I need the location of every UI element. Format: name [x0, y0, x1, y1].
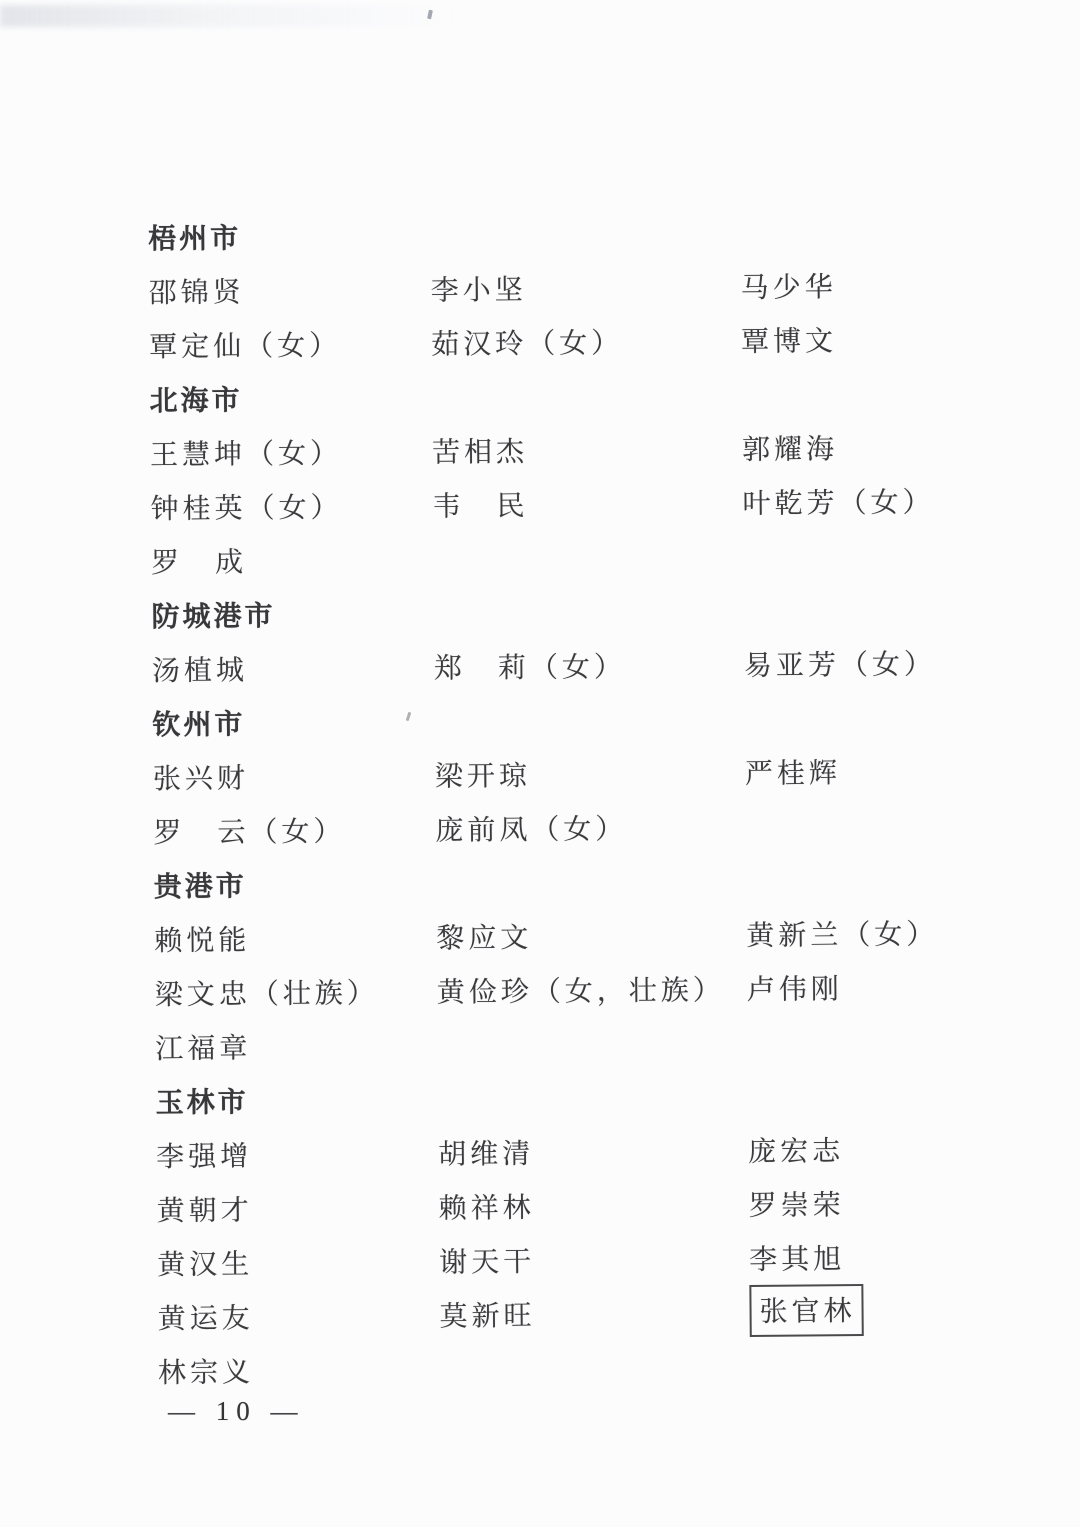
name-row: 罗 成 — [3, 533, 1080, 596]
person-name: 叶乾芳（女） — [742, 480, 934, 522]
person-name: 莫新旺 — [439, 1294, 535, 1335]
person-name: 李强增 — [156, 1134, 252, 1175]
name-row: 黄运友莫新旺张官林 — [9, 1289, 1080, 1352]
person-name: 梁文忠（壮族） — [155, 971, 379, 1013]
name-row: 赖悦能黎应文黄新兰（女） — [6, 911, 1080, 974]
person-name: 钟桂英（女） — [150, 486, 342, 528]
person-name: 王慧坤（女） — [150, 432, 342, 474]
name-row: 黄汉生谢天干李其旭 — [9, 1235, 1080, 1298]
person-name: 覃博文 — [741, 319, 837, 360]
person-name: 江福章 — [155, 1026, 251, 1067]
person-name: 李小坚 — [430, 268, 526, 309]
city-heading: 防城港市 — [3, 587, 1080, 650]
person-name: 马少华 — [740, 265, 836, 306]
person-name: 严桂辉 — [745, 751, 841, 792]
person-name: 郭耀海 — [742, 427, 838, 468]
name-row: 覃定仙（女）茹汉玲（女）覃博文 — [1, 317, 1080, 380]
person-name: 黎应文 — [436, 916, 532, 957]
person-name: 郑 莉（女） — [434, 645, 626, 687]
person-name: 黄运友 — [157, 1296, 253, 1337]
person-name: 黄新兰（女） — [746, 912, 938, 954]
name-row: 王慧坤（女）苦相杰郭耀海 — [2, 425, 1080, 488]
person-name: 覃定仙（女） — [149, 324, 341, 366]
person-name: 卢伟刚 — [747, 967, 843, 1008]
person-name: 庞宏志 — [748, 1129, 844, 1170]
city-heading: 玉林市 — [8, 1073, 1080, 1136]
person-name: 易亚芳（女） — [744, 642, 936, 684]
person-name: 张兴财 — [153, 756, 249, 797]
scan-smudge-artifact — [0, 5, 470, 27]
person-name: 汤植城 — [152, 648, 248, 689]
person-name: 胡维清 — [438, 1132, 534, 1173]
person-name: 谢天干 — [439, 1240, 535, 1281]
person-name: 邵锦贤 — [148, 270, 244, 311]
name-row: 梁文忠（壮族）黄俭珍（女，壮族）卢伟刚 — [7, 965, 1080, 1028]
person-name: 黄俭珍（女，壮族） — [437, 968, 725, 1011]
person-name: 黄汉生 — [157, 1242, 253, 1283]
name-row: 江福章 — [7, 1019, 1080, 1082]
name-row: 汤植城郑 莉（女）易亚芳（女） — [4, 641, 1080, 704]
person-name: 苦相杰 — [432, 430, 528, 471]
name-list: 梧州市邵锦贤李小坚马少华覃定仙（女）茹汉玲（女）覃博文北海市王慧坤（女）苦相杰郭… — [0, 209, 1080, 1406]
name-row: 李强增胡维清庞宏志 — [8, 1127, 1080, 1190]
city-heading: 贵港市 — [6, 857, 1080, 920]
person-name: 庞前凤（女） — [435, 807, 627, 849]
person-name: 梁开琼 — [435, 754, 531, 795]
name-row: 张兴财梁开琼严桂辉 — [5, 749, 1080, 812]
name-row: 钟桂英（女）韦 民叶乾芳（女） — [2, 479, 1080, 542]
person-name: 黄朝才 — [156, 1188, 252, 1229]
person-name: 赖祥林 — [438, 1186, 534, 1227]
person-name: 林宗义 — [158, 1350, 254, 1391]
person-name: 韦 民 — [432, 484, 528, 525]
page-number: — 10 — — [168, 1396, 305, 1427]
city-heading: 钦州市 — [4, 695, 1080, 758]
name-row: 邵锦贤李小坚马少华 — [0, 263, 1080, 326]
person-name: 罗 成 — [151, 540, 247, 581]
person-name: 李其旭 — [749, 1237, 845, 1278]
person-name: 罗崇荣 — [748, 1183, 844, 1224]
city-heading: 梧州市 — [0, 209, 1080, 272]
person-name: 茹汉玲（女） — [431, 321, 623, 363]
name-row: 黄朝才赖祥林罗崇荣 — [8, 1181, 1080, 1244]
person-name: 罗 云（女） — [153, 810, 345, 852]
boxed-person-name: 张官林 — [749, 1284, 863, 1337]
city-heading: 北海市 — [1, 371, 1080, 434]
document-page: 梧州市邵锦贤李小坚马少华覃定仙（女）茹汉玲（女）覃博文北海市王慧坤（女）苦相杰郭… — [0, 0, 1080, 1527]
name-row: 罗 云（女）庞前凤（女） — [5, 803, 1080, 866]
person-name: 赖悦能 — [154, 918, 250, 959]
